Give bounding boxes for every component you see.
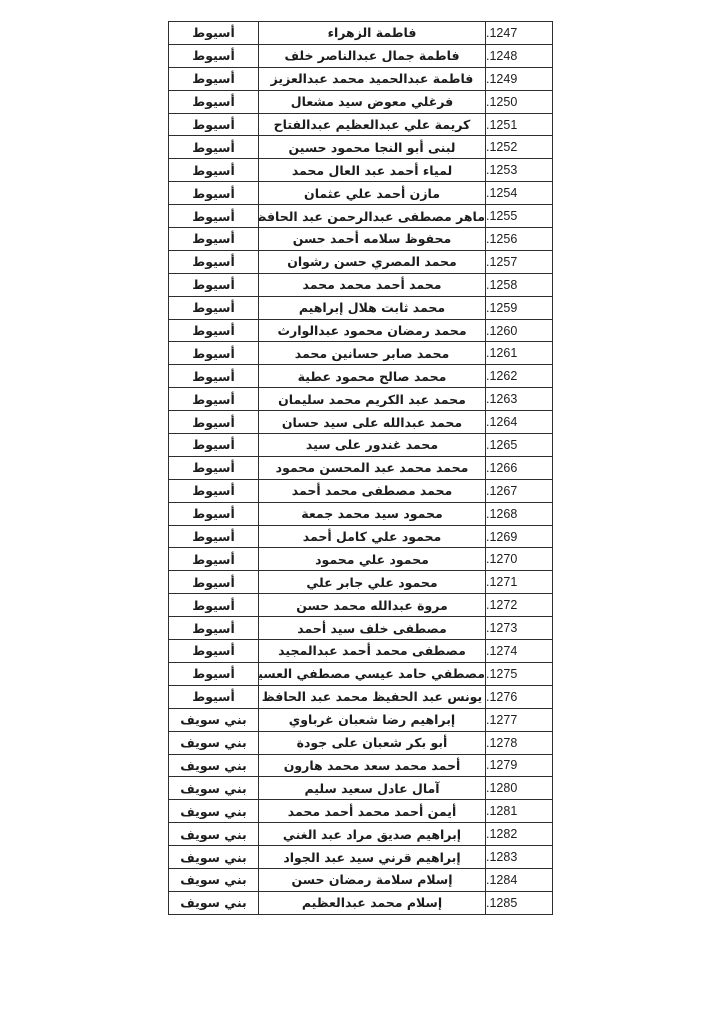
city-cell: أسيوط [169,319,259,342]
rank-cell: 1249. [486,67,553,90]
name-cell: إبراهيم صديق مراد عبد الغني [259,823,486,846]
name-cell: أحمد محمد سعد محمد هارون [259,754,486,777]
name-cell: محمد رمضان محمود عبدالوارث [259,319,486,342]
city-cell: أسيوط [169,502,259,525]
city-cell: أسيوط [169,90,259,113]
table-row: 1257. محمد المصري حسن رشوان أسيوط [169,250,553,273]
name-cell: ماهر مصطفى عبدالرحمن عبد الحافظ [259,205,486,228]
city-cell: أسيوط [169,342,259,365]
name-cell: إبراهيم رضا شعبان غرباوي [259,708,486,731]
name-cell: أيمن أحمد محمد أحمد محمد [259,800,486,823]
city-cell: أسيوط [169,662,259,685]
city-cell: بني سويف [169,754,259,777]
name-cell: مصطفي حامد عيسي مصطفي العسيلي [259,662,486,685]
rank-cell: 1271. [486,571,553,594]
rank-cell: 1275. [486,662,553,685]
rank-cell: 1278. [486,731,553,754]
city-cell: أسيوط [169,365,259,388]
city-cell: بني سويف [169,708,259,731]
rank-cell: 1269. [486,525,553,548]
name-cell: محفوظ سلامه أحمد حسن [259,228,486,251]
table-row: 1262. محمد صالح محمود عطية أسيوط [169,365,553,388]
name-cell: محمود علي جابر علي [259,571,486,594]
city-cell: أسيوط [169,617,259,640]
name-cell: محمود سيد محمد جمعة [259,502,486,525]
name-cell: مصطفى خلف سيد أحمد [259,617,486,640]
name-cell: محمد غندور على سيد [259,434,486,457]
rank-cell: 1280. [486,777,553,800]
rank-cell: 1282. [486,823,553,846]
table-row: 1259. محمد ثابت هلال إبراهيم أسيوط [169,296,553,319]
rank-cell: 1272. [486,594,553,617]
table-row: 1271. محمود علي جابر علي أسيوط [169,571,553,594]
name-cell: آمال عادل سعيد سليم [259,777,486,800]
table-row: 1253. لمياء أحمد عبد العال محمد أسيوط [169,159,553,182]
city-cell: أسيوط [169,548,259,571]
name-cell: إسلام سلامة رمضان حسن [259,868,486,891]
table-row: 1285. إسلام محمد عبدالعظيم بني سويف [169,891,553,914]
city-cell: بني سويف [169,777,259,800]
city-cell: أسيوط [169,456,259,479]
rank-cell: 1258. [486,273,553,296]
name-cell: محمد محمد عبد المحسن محمود [259,456,486,479]
name-cell: محمود علي كامل أحمد [259,525,486,548]
name-cell: لبنى أبو النجا محمود حسين [259,136,486,159]
name-cell: إبراهيم قرني سيد عبد الجواد [259,846,486,869]
table-row: 1277. إبراهيم رضا شعبان غرباوي بني سويف [169,708,553,731]
table-row: 1269. محمود علي كامل أحمد أسيوط [169,525,553,548]
rank-cell: 1285. [486,891,553,914]
rank-cell: 1284. [486,868,553,891]
name-cell: مصطفى محمد أحمد عبدالمجيد [259,640,486,663]
table-row: 1273. مصطفى خلف سيد أحمد أسيوط [169,617,553,640]
rank-cell: 1261. [486,342,553,365]
name-cell: محمود علي محمود [259,548,486,571]
rank-cell: 1273. [486,617,553,640]
table-row: 1254. مازن أحمد علي عثمان أسيوط [169,182,553,205]
table-row: 1263. محمد عبد الكريم محمد سليمان أسيوط [169,388,553,411]
table-row: 1276. يونس عبد الحفيظ محمد عبد الحافظ أس… [169,685,553,708]
rank-cell: 1283. [486,846,553,869]
table-row: 1280. آمال عادل سعيد سليم بني سويف [169,777,553,800]
rank-cell: 1276. [486,685,553,708]
rank-cell: 1268. [486,502,553,525]
table-row: 1264. محمد عبدالله على سيد حسان أسيوط [169,411,553,434]
name-cell: محمد صالح محمود عطية [259,365,486,388]
city-cell: أسيوط [169,571,259,594]
rank-cell: 1250. [486,90,553,113]
name-cell: لمياء أحمد عبد العال محمد [259,159,486,182]
rank-cell: 1265. [486,434,553,457]
table-row: 1281. أيمن أحمد محمد أحمد محمد بني سويف [169,800,553,823]
city-cell: أسيوط [169,250,259,273]
table-row: 1268. محمود سيد محمد جمعة أسيوط [169,502,553,525]
roster-table-body: 1247. فاطمة الزهراء أسيوط 1248. فاطمة جم… [169,22,553,915]
city-cell: بني سويف [169,823,259,846]
city-cell: أسيوط [169,159,259,182]
table-row: 1256. محفوظ سلامه أحمد حسن أسيوط [169,228,553,251]
rank-cell: 1263. [486,388,553,411]
rank-cell: 1274. [486,640,553,663]
city-cell: أسيوط [169,685,259,708]
rank-cell: 1248. [486,44,553,67]
table-row: 1274. مصطفى محمد أحمد عبدالمجيد أسيوط [169,640,553,663]
rank-cell: 1262. [486,365,553,388]
table-row: 1266. محمد محمد عبد المحسن محمود أسيوط [169,456,553,479]
table-row: 1255. ماهر مصطفى عبدالرحمن عبد الحافظ أس… [169,205,553,228]
city-cell: أسيوط [169,205,259,228]
city-cell: أسيوط [169,479,259,502]
table-row: 1258. محمد أحمد محمد محمد أسيوط [169,273,553,296]
city-cell: بني سويف [169,846,259,869]
table-row: 1250. فرغلي معوض سيد مشعال أسيوط [169,90,553,113]
rank-cell: 1253. [486,159,553,182]
name-cell: فاطمة الزهراء [259,22,486,45]
name-cell: فرغلي معوض سيد مشعال [259,90,486,113]
rank-cell: 1270. [486,548,553,571]
table-row: 1251. كريمة علي عبدالعظيم عبدالفتاح أسيو… [169,113,553,136]
city-cell: أسيوط [169,434,259,457]
city-cell: أسيوط [169,411,259,434]
table-row: 1249. فاطمة عبدالحميد محمد عبدالعزيز أسي… [169,67,553,90]
name-cell: محمد أحمد محمد محمد [259,273,486,296]
rank-cell: 1264. [486,411,553,434]
rank-cell: 1247. [486,22,553,45]
rank-cell: 1281. [486,800,553,823]
city-cell: أسيوط [169,113,259,136]
name-cell: فاطمة عبدالحميد محمد عبدالعزيز [259,67,486,90]
name-cell: محمد المصري حسن رشوان [259,250,486,273]
name-cell: مازن أحمد علي عثمان [259,182,486,205]
table-row: 1278. أبو بكر شعبان على جودة بني سويف [169,731,553,754]
name-cell: فاطمة جمال عبدالناصر خلف [259,44,486,67]
rank-cell: 1267. [486,479,553,502]
city-cell: بني سويف [169,731,259,754]
name-cell: محمد عبد الكريم محمد سليمان [259,388,486,411]
rank-cell: 1266. [486,456,553,479]
table-row: 1284. إسلام سلامة رمضان حسن بني سويف [169,868,553,891]
table-row: 1252. لبنى أبو النجا محمود حسين أسيوط [169,136,553,159]
roster-table: 1247. فاطمة الزهراء أسيوط 1248. فاطمة جم… [168,21,553,915]
table-row: 1260. محمد رمضان محمود عبدالوارث أسيوط [169,319,553,342]
name-cell: محمد صابر حسانين محمد [259,342,486,365]
city-cell: أسيوط [169,296,259,319]
rank-cell: 1254. [486,182,553,205]
name-cell: يونس عبد الحفيظ محمد عبد الحافظ [259,685,486,708]
city-cell: أسيوط [169,44,259,67]
name-cell: أبو بكر شعبان على جودة [259,731,486,754]
city-cell: أسيوط [169,228,259,251]
city-cell: أسيوط [169,67,259,90]
table-row: 1275. مصطفي حامد عيسي مصطفي العسيلي أسيو… [169,662,553,685]
rank-cell: 1279. [486,754,553,777]
table-row: 1265. محمد غندور على سيد أسيوط [169,434,553,457]
rank-cell: 1257. [486,250,553,273]
city-cell: أسيوط [169,273,259,296]
city-cell: أسيوط [169,594,259,617]
name-cell: محمد ثابت هلال إبراهيم [259,296,486,319]
name-cell: محمد عبدالله على سيد حسان [259,411,486,434]
name-cell: إسلام محمد عبدالعظيم [259,891,486,914]
city-cell: أسيوط [169,136,259,159]
rank-cell: 1260. [486,319,553,342]
table-row: 1248. فاطمة جمال عبدالناصر خلف أسيوط [169,44,553,67]
table-row: 1279. أحمد محمد سعد محمد هارون بني سويف [169,754,553,777]
document-page: 1247. فاطمة الزهراء أسيوط 1248. فاطمة جم… [0,0,720,1018]
name-cell: مروة عبدالله محمد حسن [259,594,486,617]
rank-cell: 1259. [486,296,553,319]
name-cell: كريمة علي عبدالعظيم عبدالفتاح [259,113,486,136]
city-cell: بني سويف [169,868,259,891]
table-row: 1267. محمد مصطفى محمد أحمد أسيوط [169,479,553,502]
table-row: 1282. إبراهيم صديق مراد عبد الغني بني سو… [169,823,553,846]
city-cell: بني سويف [169,891,259,914]
city-cell: أسيوط [169,640,259,663]
rank-cell: 1256. [486,228,553,251]
city-cell: أسيوط [169,388,259,411]
table-row: 1247. فاطمة الزهراء أسيوط [169,22,553,45]
rank-cell: 1252. [486,136,553,159]
name-cell: محمد مصطفى محمد أحمد [259,479,486,502]
table-row: 1272. مروة عبدالله محمد حسن أسيوط [169,594,553,617]
city-cell: أسيوط [169,182,259,205]
rank-cell: 1277. [486,708,553,731]
table-row: 1283. إبراهيم قرني سيد عبد الجواد بني سو… [169,846,553,869]
city-cell: أسيوط [169,525,259,548]
table-row: 1261. محمد صابر حسانين محمد أسيوط [169,342,553,365]
table-row: 1270. محمود علي محمود أسيوط [169,548,553,571]
rank-cell: 1255. [486,205,553,228]
city-cell: بني سويف [169,800,259,823]
rank-cell: 1251. [486,113,553,136]
city-cell: أسيوط [169,22,259,45]
